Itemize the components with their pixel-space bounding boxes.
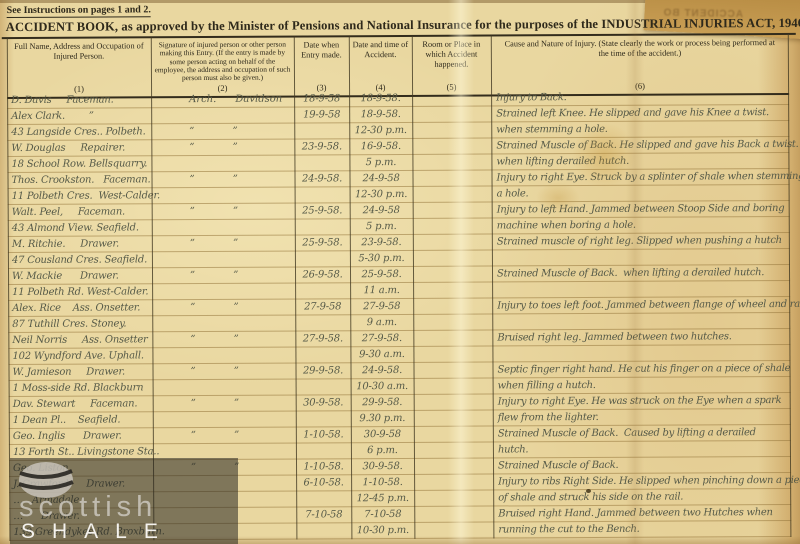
cell-acc: 7-10-58: [351, 507, 414, 522]
cell-name: 1 Dean Pl.. Seafield.: [9, 412, 153, 428]
cell-acc: 12-45 p.m.: [351, 491, 414, 506]
cell-name: Neil Norris Ass. Onsetter: [8, 332, 152, 348]
cell-sig: [153, 380, 296, 396]
stain: [572, 122, 636, 188]
cell-acc: 24-9-58: [349, 171, 412, 186]
stain: [536, 182, 580, 214]
cell-sig: ” ”: [151, 140, 294, 156]
paper-crease: [448, 0, 474, 544]
paper-fold-shadow: [626, 0, 644, 544]
cell-sig: ” ”: [152, 332, 295, 348]
page-title: ACCIDENT BOOK, as approved by the Minist…: [6, 16, 798, 35]
cell-acc: 18-9-58.: [349, 107, 412, 122]
cell-entry: [295, 283, 350, 298]
cell-acc: 16-9-58.: [349, 139, 412, 154]
cell-entry: 25-9-58.: [295, 235, 350, 250]
cell-name: Dav. Stewart Faceman.: [9, 396, 153, 412]
cell-sig: [152, 188, 295, 204]
cell-entry: [295, 315, 350, 330]
cell-acc: 18-9-58.: [349, 91, 412, 106]
cell-entry: 6-10-58.: [296, 475, 351, 490]
cell-sig: ” ”: [152, 364, 295, 380]
cell-acc: 12-30 p.m.: [349, 123, 412, 138]
cell-entry: [295, 187, 350, 202]
cell-entry: [296, 443, 351, 458]
cell-sig: [152, 220, 295, 236]
cell-acc: 5-30 p.m.: [350, 251, 413, 266]
cell-sig: ” ”: [152, 236, 295, 252]
cell-acc: 23-9-58.: [350, 235, 413, 250]
cell-sig: [152, 348, 295, 364]
cell-name: 1 Moss-side Rd. Blackburn: [9, 380, 153, 396]
cell-name: W. Jamieson Drawer.: [8, 364, 152, 380]
cell-entry: [295, 251, 350, 266]
cell-acc: 1-10-58.: [351, 475, 414, 490]
scottish-shale-watermark: scottish SHALE: [10, 458, 238, 544]
cell-entry: 1-10-58.: [296, 459, 351, 474]
cell-name: Thos. Crookston. Faceman.: [7, 172, 151, 188]
cell-entry: 7-10-58: [296, 507, 351, 522]
cell-name: 11 Polbeth Rd. West-Calder.: [8, 284, 152, 300]
cell-acc: 30-9-58: [351, 427, 414, 442]
cell-entry: 18-9-58: [294, 91, 349, 106]
cell-acc: 27-9-58: [350, 299, 413, 314]
cell-sig: [152, 284, 295, 300]
cell-name: Walt. Peel, Faceman.: [8, 204, 152, 220]
cell-entry: 27-9-58: [295, 299, 350, 314]
column-header-signature: Signature of injured person or other per…: [151, 37, 294, 97]
cell-name: 11 Polbeth Cres. West-Calder.: [8, 188, 152, 204]
cell-name: 18 School Row. Bellsquarry.: [7, 156, 151, 172]
cell-acc: 11 a.m.: [350, 283, 413, 298]
cell-entry: 24-9-58.: [294, 171, 349, 186]
cell-name: W. Douglas Repairer.: [7, 140, 151, 156]
cell-sig: [151, 156, 294, 172]
column-header-entry-date: Date when Entry made. (3): [294, 36, 349, 95]
cell-acc: 27-9-58.: [350, 331, 413, 346]
cell-name: M. Ritchie. Drawer.: [8, 236, 152, 252]
cell-acc: 24-9-58: [350, 203, 413, 218]
cell-sig: ” ”: [153, 428, 296, 444]
cell-sig: ” ”: [151, 172, 294, 188]
accident-book-scan: ACCIDENT BO See Instructions on pages 1 …: [0, 0, 800, 544]
column-header-name: Full Name, Address and Occupation of Inj…: [7, 37, 151, 97]
cell-entry: [295, 219, 350, 234]
cell-sig: [153, 444, 296, 460]
cell-sig: [152, 316, 295, 332]
ink-speck: [586, 489, 591, 493]
cell-sig: ” ”: [152, 204, 295, 220]
cell-acc: 24-9-58.: [350, 363, 413, 378]
cell-name: 102 Wyndford Ave. Uphall.: [8, 348, 152, 364]
cell-sig: ” ”: [152, 300, 295, 316]
cell-acc: 29-9-58.: [351, 395, 414, 410]
cell-acc: 5 p.m.: [349, 155, 412, 170]
cell-entry: 1-10-58.: [296, 427, 351, 442]
watermark-text-shale: SHALE: [21, 520, 175, 544]
cell-sig: [151, 108, 294, 124]
cell-sig: ” ”: [152, 268, 295, 284]
cell-entry: [296, 379, 351, 394]
cell-entry: [296, 411, 351, 426]
cell-name: 87 Tuthill Cres. Stoney.: [8, 316, 152, 332]
cell-acc: 12-30 p.m.: [350, 187, 413, 202]
cell-sig: Arch. Davidson: [151, 92, 294, 108]
cell-sig: ” ”: [151, 124, 294, 140]
cell-acc: 9 a.m.: [350, 315, 413, 330]
cell-acc: 6 p.m.: [351, 443, 414, 458]
cell-entry: [296, 491, 351, 506]
cell-entry: [294, 123, 349, 138]
cell-acc: 5 p.m.: [350, 219, 413, 234]
cell-sig: [153, 412, 296, 428]
cell-entry: 30-9-58.: [296, 395, 351, 410]
cell-entry: 19-9-58: [294, 107, 349, 122]
cell-name: 43 Almond View. Seafield.: [8, 220, 152, 236]
cell-entry: [295, 347, 350, 362]
cell-name: 43 Langside Cres.. Polbeth.: [7, 124, 151, 140]
cell-entry: 25-9-58.: [295, 203, 350, 218]
cell-entry: 29-9-58.: [295, 363, 350, 378]
cell-acc: 30-9-58.: [351, 459, 414, 474]
cell-acc: 9-30 a.m.: [350, 347, 413, 362]
cell-name: D. Davis Faceman.: [7, 92, 151, 108]
cell-sig: [152, 252, 295, 268]
cell-name: 47 Cousland Cres. Seafield.: [8, 252, 152, 268]
cell-entry: [294, 155, 349, 170]
instructions-note: See Instructions on pages 1 and 2.: [7, 4, 151, 18]
cell-acc: 10-30 a.m.: [351, 379, 414, 394]
cell-name: Geo. Inglis Drawer.: [9, 428, 153, 444]
cell-acc: 25-9-58.: [350, 267, 413, 282]
cell-entry: 23-9-58.: [294, 139, 349, 154]
cell-sig: ” ”: [153, 396, 296, 412]
cell-name: Alex Clark. ”: [7, 108, 151, 124]
cell-name: W. Mackie Drawer.: [8, 268, 152, 284]
cell-acc: 9.30 p.m.: [351, 411, 414, 426]
cell-entry: 27-9-58.: [295, 331, 350, 346]
column-header-accident-date: Date and time of Accident. (4): [349, 36, 412, 95]
cell-name: Alex. Rice Ass. Onsetter.: [8, 300, 152, 316]
cell-entry: 26-9-58.: [295, 267, 350, 282]
